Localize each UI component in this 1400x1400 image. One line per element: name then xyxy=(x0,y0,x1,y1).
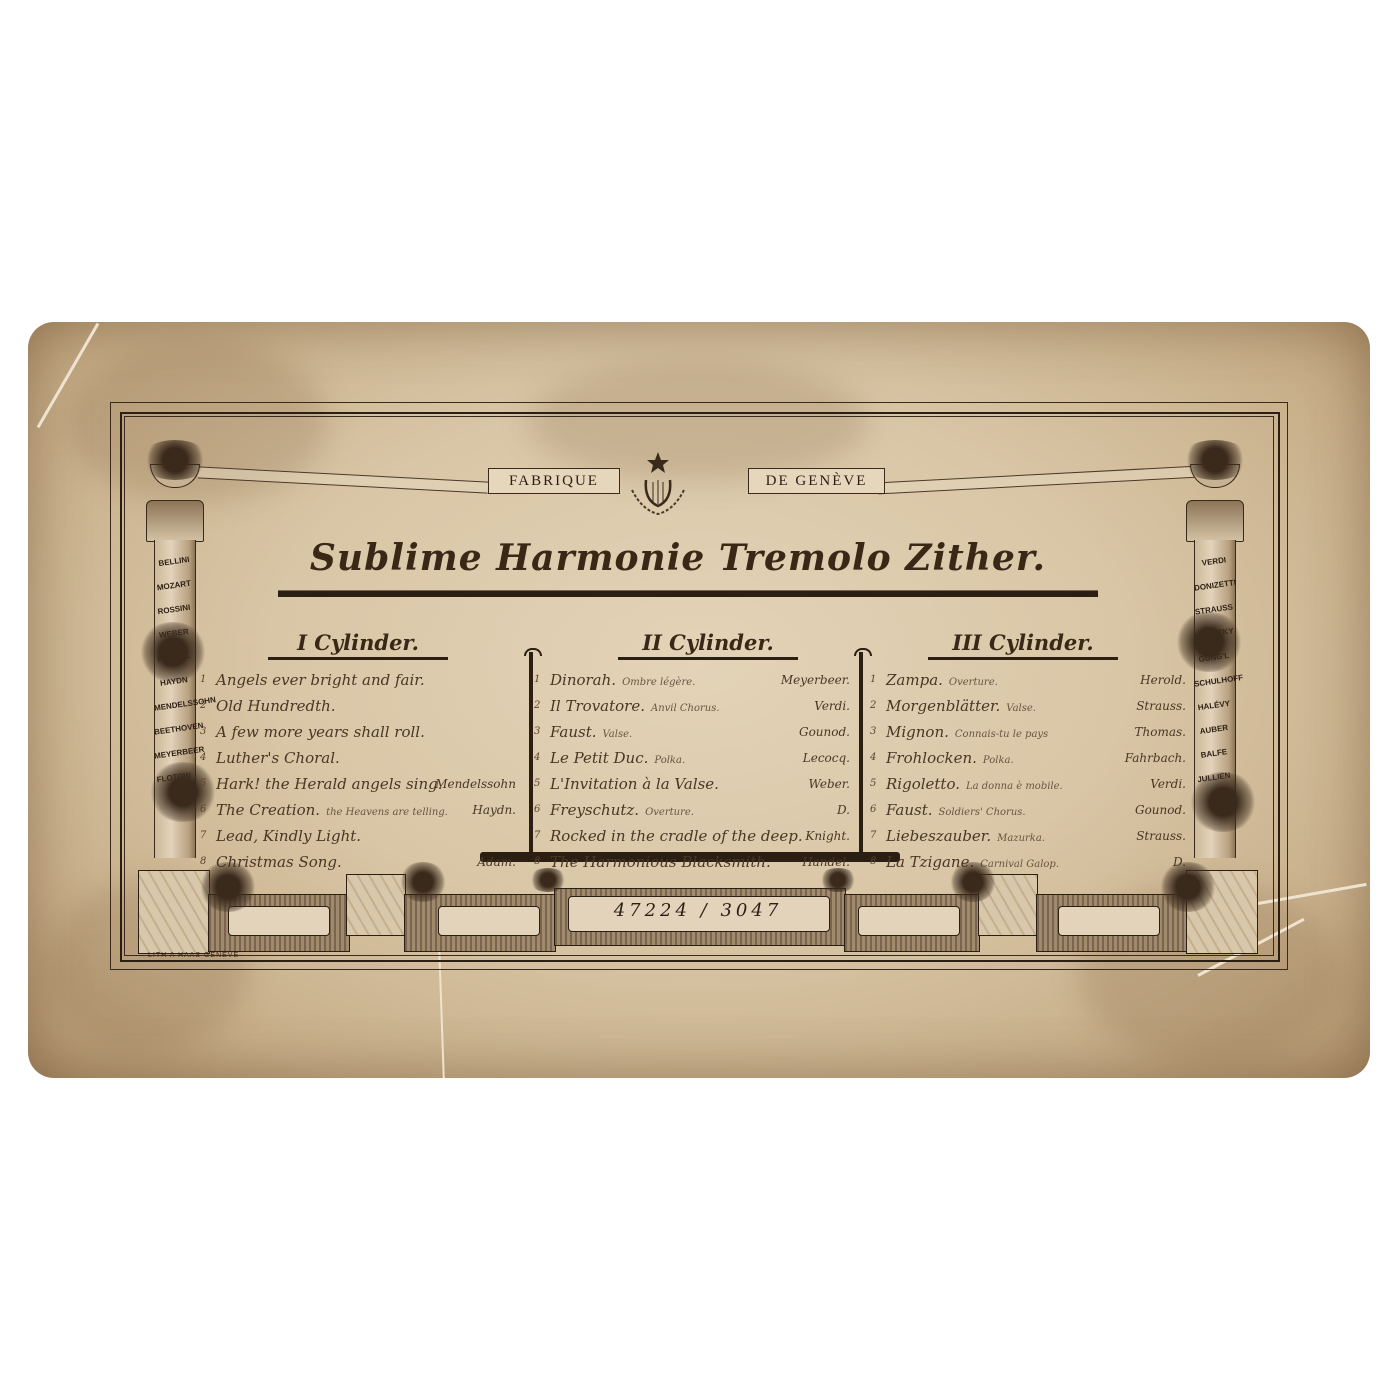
tune-subtitle: Anvil Chorus. xyxy=(651,703,720,714)
tune-number: 5 xyxy=(200,771,206,797)
tune-number: 5 xyxy=(534,771,540,797)
tune-title: Freyschutz. xyxy=(550,801,639,819)
tune-title: Il Trovatore. xyxy=(550,697,645,715)
tune-row: 4Luther's Choral. xyxy=(216,745,516,771)
tune-composer: D. xyxy=(837,797,850,823)
garland-icon xyxy=(198,862,258,912)
cylinder-3-heading: III Cylinder. xyxy=(928,630,1118,660)
garland-icon xyxy=(138,622,208,682)
tune-row: 3Mignon.Connais-tu le paysThomas. xyxy=(886,719,1186,745)
tune-composer: Verdi. xyxy=(1150,771,1186,797)
tune-row: 8Christmas Song.Adam. xyxy=(216,849,516,875)
tune-row: 4Frohlocken.Polka.Fahrbach. xyxy=(886,745,1186,771)
flower-basket-icon xyxy=(528,868,568,892)
cylinder-2-tunes: 1Dinorah.Ombre légère.Meyerbeer.2Il Trov… xyxy=(550,667,850,875)
tune-row: 4Le Petit Duc.Polka.Lecocq. xyxy=(550,745,850,771)
column-capital-left xyxy=(146,500,204,542)
tune-composer: Fahrbach. xyxy=(1125,745,1186,771)
tune-row: 2Morgenblätter.Valse.Strauss. xyxy=(886,693,1186,719)
rail-panel xyxy=(228,906,330,936)
garland-icon xyxy=(398,862,448,902)
tune-number: 1 xyxy=(200,667,206,693)
heading-text: II Cylinder. xyxy=(642,630,774,655)
tune-title: Mignon. xyxy=(886,723,949,741)
tune-number: 7 xyxy=(200,823,206,849)
garland-icon xyxy=(948,862,998,902)
tune-number: 4 xyxy=(200,745,206,771)
tune-title: Rigoletto. xyxy=(886,775,960,793)
cylinder-1-tunes: 1Angels ever bright and fair.2Old Hundre… xyxy=(216,667,516,875)
rail-panel xyxy=(1058,906,1160,936)
tune-row: 7Liebeszauber.Mazurka.Strauss. xyxy=(886,823,1186,849)
tune-row: 1Angels ever bright and fair. xyxy=(216,667,516,693)
tune-composer: Lecocq. xyxy=(803,745,850,771)
lyre-emblem-icon xyxy=(628,450,688,520)
tune-number: 2 xyxy=(200,693,206,719)
tune-row: 8La Tzigane.Carnival Galop.D. xyxy=(886,849,1186,875)
divider-cap xyxy=(854,648,872,656)
cylinder-2-heading: II Cylinder. xyxy=(618,630,798,660)
tune-number: 3 xyxy=(200,719,206,745)
tune-number: 7 xyxy=(534,823,540,849)
tune-subtitle: Polka. xyxy=(654,755,685,766)
tune-row: 6Freyschutz.Overture.D. xyxy=(550,797,850,823)
flower-basket-icon xyxy=(818,868,858,892)
tune-subtitle: Polka. xyxy=(983,755,1014,766)
tune-row: 3Faust.Valse.Gounod. xyxy=(550,719,850,745)
banner-fabrique: FABRIQUE xyxy=(488,468,620,494)
rail-panel xyxy=(858,906,960,936)
tune-composer: Gounod. xyxy=(799,719,850,745)
tune-number: 7 xyxy=(870,823,876,849)
pedestal xyxy=(346,874,406,936)
title-underline xyxy=(278,590,1098,597)
divider-left xyxy=(529,652,533,857)
tune-number: 3 xyxy=(870,719,876,745)
tune-row: 5Hark! the Herald angels sing.Mendelssoh… xyxy=(216,771,516,797)
tune-subtitle: Valse. xyxy=(1006,703,1036,714)
tune-number: 1 xyxy=(534,667,540,693)
cylinder-3-tunes: 1Zampa.Overture.Herold.2Morgenblätter.Va… xyxy=(886,667,1186,875)
tune-title: Lead, Kindly Light. xyxy=(216,827,361,845)
tune-title: The Creation. xyxy=(216,801,320,819)
tune-title: Faust. xyxy=(550,723,597,741)
serial-number: 47224 / 3047 xyxy=(568,900,828,921)
tune-row: 7Rocked in the cradle of the deep.Knight… xyxy=(550,823,850,849)
tune-composer: Weber. xyxy=(809,771,850,797)
heading-text: I Cylinder. xyxy=(297,630,419,655)
tune-composer: Meyerbeer. xyxy=(781,667,850,693)
tune-composer: Verdi. xyxy=(814,693,850,719)
tune-subtitle: Ombre légère. xyxy=(622,677,695,688)
tune-title: Morgenblätter. xyxy=(886,697,1000,715)
tune-composer: Gounod. xyxy=(1135,797,1186,823)
tune-title: Angels ever bright and fair. xyxy=(216,671,425,689)
tune-row: 7Lead, Kindly Light. xyxy=(216,823,516,849)
divider-right xyxy=(859,652,863,857)
tune-number: 8 xyxy=(870,849,876,875)
tune-composer: Thomas. xyxy=(1135,719,1186,745)
tune-composer: Haydn. xyxy=(472,797,516,823)
tune-title: The Harmonious Blacksmith. xyxy=(550,853,771,871)
tune-row: 1Zampa.Overture.Herold. xyxy=(886,667,1186,693)
tune-subtitle: Soldiers' Chorus. xyxy=(939,807,1026,818)
card-title: Sublime Harmonie Tremolo Zither. xyxy=(228,537,1128,579)
garland-icon xyxy=(148,762,218,822)
tune-subtitle: La donna è mobile. xyxy=(966,781,1063,792)
tune-composer: Herold. xyxy=(1140,667,1186,693)
tune-composer: Knight. xyxy=(805,823,850,849)
tune-number: 4 xyxy=(870,745,876,771)
printer-imprint: LITH A HAAS GENÈVE xyxy=(148,952,239,959)
tune-number: 6 xyxy=(534,797,540,823)
cylinder-1-heading: I Cylinder. xyxy=(268,630,448,660)
tune-title: Liebeszauber. xyxy=(886,827,991,845)
tune-title: Le Petit Duc. xyxy=(550,749,648,767)
tune-title: Zampa. xyxy=(886,671,943,689)
zither-tune-card: FABRIQUE DE GENÈVE Sublime Harmonie Trem… xyxy=(28,322,1370,1078)
tune-row: 2Old Hundredth. xyxy=(216,693,516,719)
tune-row: 5Rigoletto.La donna è mobile.Verdi. xyxy=(886,771,1186,797)
tune-row: 6Faust.Soldiers' Chorus.Gounod. xyxy=(886,797,1186,823)
banner-geneve: DE GENÈVE xyxy=(748,468,885,494)
divider-cap xyxy=(524,648,542,656)
tune-composer: Strauss. xyxy=(1136,823,1186,849)
tune-subtitle: Valse. xyxy=(603,729,633,740)
tune-number: 6 xyxy=(870,797,876,823)
tune-title: Old Hundredth. xyxy=(216,697,336,715)
tune-subtitle: Mazurka. xyxy=(997,833,1045,844)
column-capital-right xyxy=(1186,500,1244,542)
tune-row: 1Dinorah.Ombre légère.Meyerbeer. xyxy=(550,667,850,693)
rail-panel xyxy=(438,906,540,936)
tune-subtitle: the Heavens are telling. xyxy=(326,807,448,818)
foliage-icon xyxy=(1180,440,1250,480)
tune-title: Hark! the Herald angels sing. xyxy=(216,775,443,793)
tune-title: L'Invitation à la Valse. xyxy=(550,775,719,793)
garland-icon xyxy=(1158,862,1218,912)
foliage-icon xyxy=(140,440,210,480)
tune-row: 5L'Invitation à la Valse.Weber. xyxy=(550,771,850,797)
tune-title: Faust. xyxy=(886,801,933,819)
tune-title: A few more years shall roll. xyxy=(216,723,425,741)
tune-composer: Strauss. xyxy=(1136,693,1186,719)
tune-number: 6 xyxy=(200,797,206,823)
tune-title: Luther's Choral. xyxy=(216,749,340,767)
tune-composer: Adam. xyxy=(477,849,516,875)
tune-number: 4 xyxy=(534,745,540,771)
tune-number: 1 xyxy=(870,667,876,693)
tune-title: Dinorah. xyxy=(550,671,616,689)
tune-composer: Mendelssohn xyxy=(435,771,516,797)
garland-icon xyxy=(1188,772,1258,832)
tune-row: 8The Harmonious Blacksmith.Handel. xyxy=(550,849,850,875)
tune-number: 2 xyxy=(870,693,876,719)
heading-text: III Cylinder. xyxy=(952,630,1093,655)
tune-row: 2Il Trovatore.Anvil Chorus.Verdi. xyxy=(550,693,850,719)
tune-number: 5 xyxy=(870,771,876,797)
tune-subtitle: Overture. xyxy=(645,807,694,818)
tune-number: 2 xyxy=(534,693,540,719)
tune-subtitle: Overture. xyxy=(949,677,998,688)
tune-title: Frohlocken. xyxy=(886,749,977,767)
tune-subtitle: Connais-tu le pays xyxy=(955,729,1048,740)
tune-title: Rocked in the cradle of the deep. xyxy=(550,827,803,845)
tune-number: 3 xyxy=(534,719,540,745)
tune-row: 6The Creation.the Heavens are telling.Ha… xyxy=(216,797,516,823)
garland-icon xyxy=(1174,612,1244,672)
tune-row: 3A few more years shall roll. xyxy=(216,719,516,745)
